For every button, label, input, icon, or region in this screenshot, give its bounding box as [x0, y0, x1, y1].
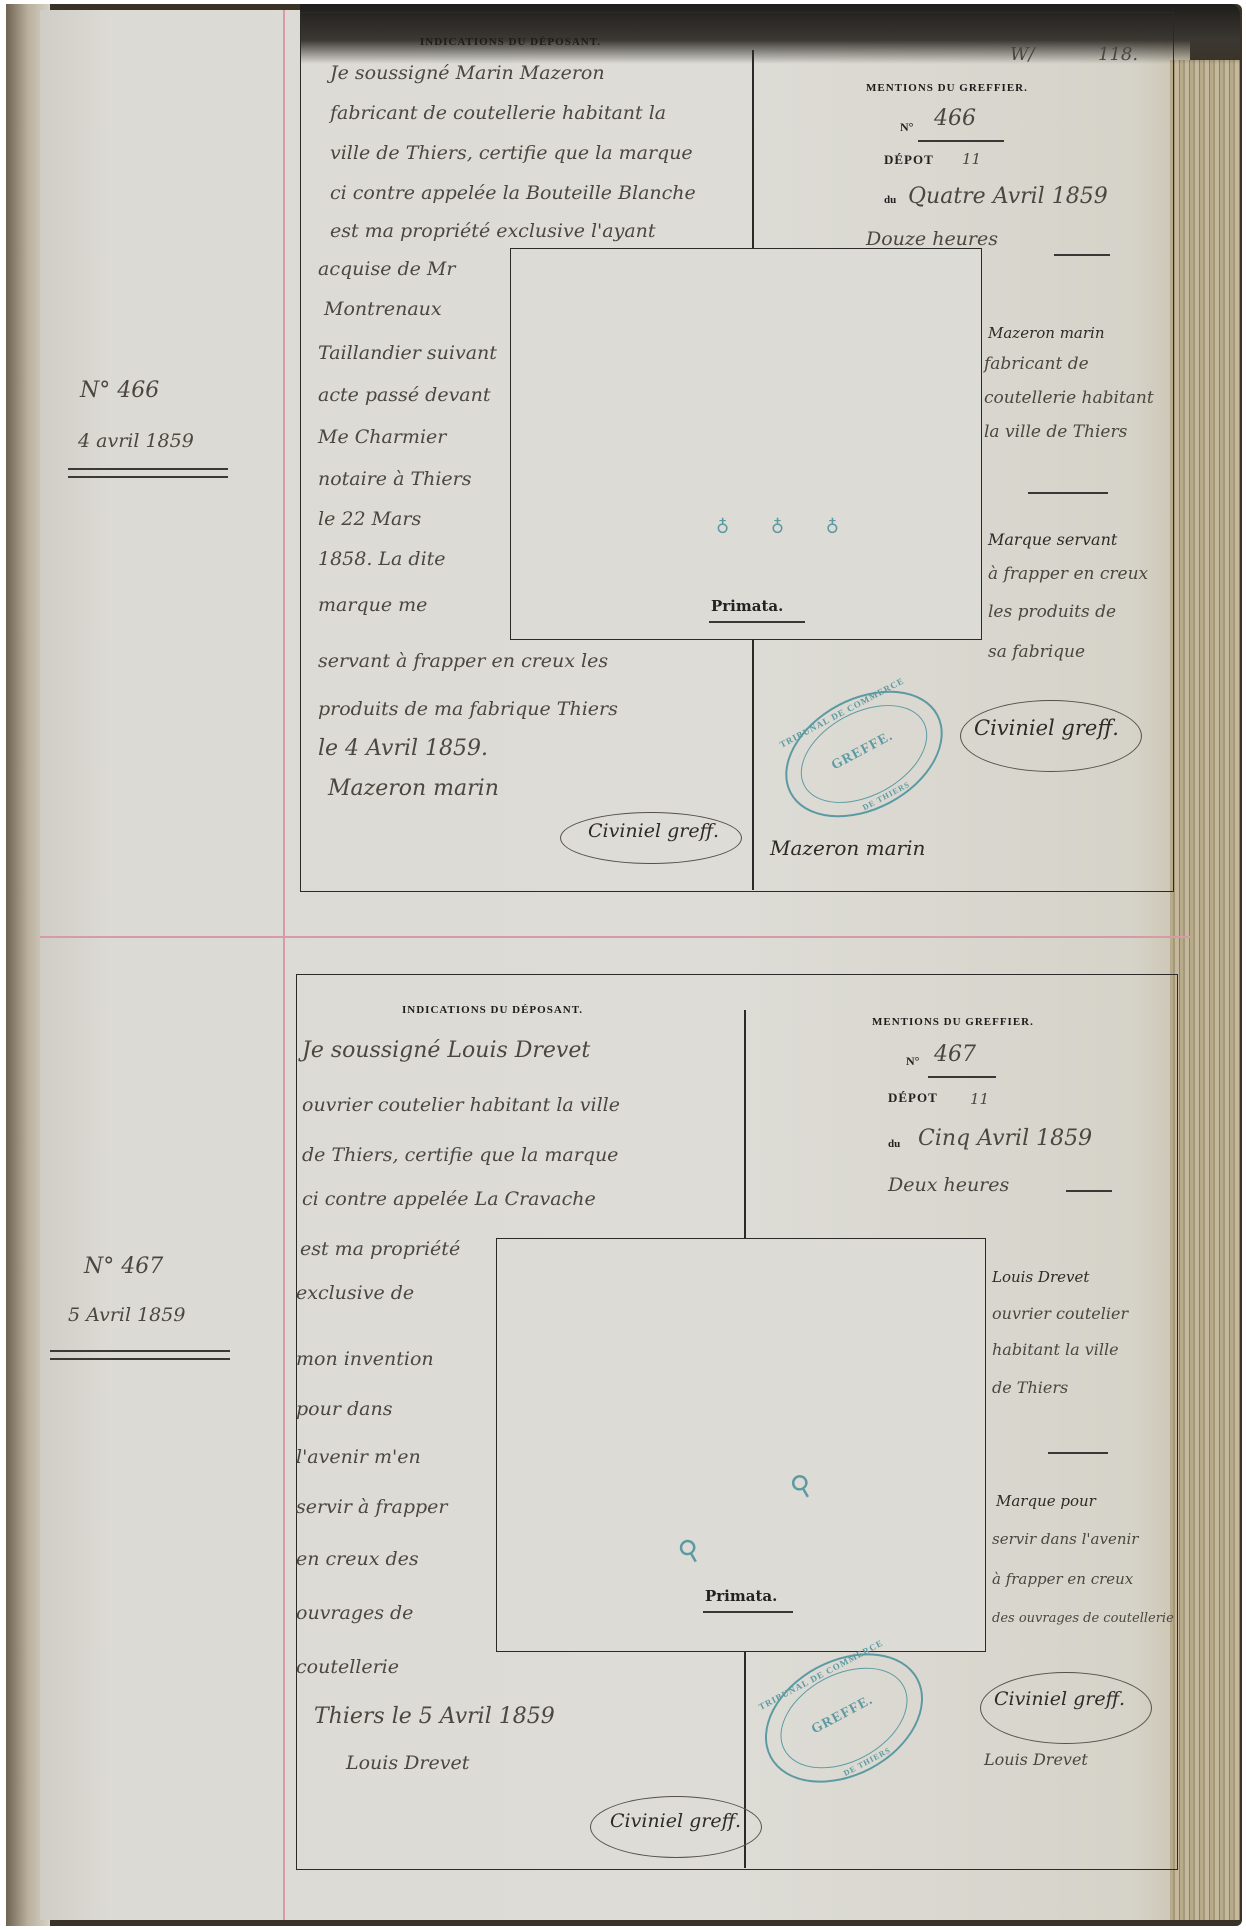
registrar-text-line: de Thiers [992, 1380, 1068, 1396]
registrar-mark-line: Marque servant [988, 532, 1117, 548]
deposit-date: Cinq Avril 1859 [918, 1128, 1092, 1150]
margin-double-rule [68, 468, 228, 478]
depositor-heading: Indications du déposant. [420, 36, 601, 48]
text-line: ci contre appelée La Cravache [302, 1190, 596, 1209]
registrar-signature: Civiniel greff. [974, 718, 1119, 739]
number-label: N° [900, 120, 913, 135]
text-line: acquise de Mr [318, 260, 455, 279]
mark-label: Primata. [711, 597, 783, 615]
time-rule [1066, 1190, 1112, 1192]
deposit-value: 11 [970, 1092, 989, 1107]
text-line: Thiers le 5 Avril 1859 [314, 1706, 555, 1728]
margin-double-rule [50, 1350, 230, 1360]
margin-line-vertical [283, 10, 285, 1920]
text-line: acte passé devant [318, 386, 491, 405]
page-edges [1170, 60, 1240, 1920]
registrar-text-line: fabricant de [984, 356, 1089, 373]
mark-label-underline [709, 621, 805, 623]
registrar-depositor-name: Louis Drevet [992, 1270, 1089, 1285]
text-line: Je soussigné Louis Drevet [302, 1040, 590, 1062]
text-line: mon invention [296, 1350, 434, 1369]
registrar-mark-line: à frapper en creux [992, 1572, 1133, 1587]
registrar-mark-line: Marque pour [996, 1494, 1096, 1509]
text-line: de Thiers, certifie que la marque [302, 1146, 618, 1165]
registrar-separator [1048, 1452, 1108, 1454]
registrar-mark-line: des ouvrages de coutellerie [992, 1612, 1174, 1625]
deposit-number: 466 [934, 108, 976, 130]
text-line: en creux des [296, 1550, 419, 1569]
text-line: l'avenir m'en [296, 1448, 421, 1467]
depositor-signature: Mazeron marin [328, 778, 499, 800]
margin-line-horizontal [40, 936, 1190, 938]
registrar-mark-line: à frapper en creux [988, 566, 1148, 583]
number-label: N° [906, 1054, 919, 1069]
text-line: le 4 Avril 1859. [318, 738, 488, 760]
text-line: exclusive de [296, 1284, 414, 1303]
text-line: coutellerie [296, 1658, 399, 1677]
registrar-mark-line: les produits de [988, 604, 1116, 621]
text-line: pour dans [296, 1400, 392, 1419]
registrar-text-line: la ville de Thiers [984, 424, 1127, 441]
text-line: Montrenaux [324, 300, 442, 319]
deposit-label: DÉPOT [888, 1090, 938, 1106]
text-line: fabricant de coutellerie habitant la [330, 104, 666, 123]
registrar-signature: Civiniel greff. [588, 822, 719, 841]
registrar-separator [1028, 492, 1108, 494]
registrar-heading: Mentions du greffier. [872, 1016, 1034, 1028]
trademark-box: ♁ ♁ ♁ Primata. [510, 248, 982, 640]
registrar-mark-line: servir dans l'avenir [992, 1532, 1138, 1547]
text-line: ci contre appelée la Bouteille Blanche [330, 184, 696, 203]
registrar-depositor-name: Mazeron marin [988, 326, 1105, 341]
mark-label-underline [703, 1611, 793, 1613]
registrar-text-line: coutellerie habitant [984, 390, 1154, 407]
text-line: marque me [318, 596, 427, 615]
text-line: est ma propriété exclusive l'ayant [330, 222, 656, 241]
registrar-heading: Mentions du greffier. [866, 82, 1028, 94]
text-line: produits de ma fabrique Thiers [318, 700, 618, 719]
depositor-countersignature: Louis Drevet [984, 1752, 1088, 1768]
text-line: ouvrier coutelier habitant la ville [302, 1096, 620, 1115]
number-underline [918, 140, 1004, 142]
text-line: ville de Thiers, certifie que la marque [330, 144, 693, 163]
depositor-heading: Indications du déposant. [402, 1004, 583, 1016]
text-line: notaire à Thiers [318, 470, 472, 489]
registrar-text-line: habitant la ville [992, 1342, 1119, 1358]
registrar-signature: Civiniel greff. [994, 1690, 1125, 1709]
text-line: servir à frapper [296, 1498, 447, 1517]
number-underline [928, 1076, 996, 1078]
depositor-signature: Louis Drevet [346, 1754, 469, 1773]
trademark-whip-icon: ⚲ ⚲ [672, 1441, 862, 1570]
deposit-label: DÉPOT [884, 152, 934, 168]
text-line: 1858. La dite [318, 550, 446, 569]
margin-note-date: 5 Avril 1859 [68, 1306, 185, 1325]
mark-label: Primata. [705, 1587, 777, 1605]
deposit-time: Deux heures [888, 1176, 1009, 1195]
deposit-number: 467 [934, 1044, 976, 1066]
trademark-bottle-icon: ♁ ♁ ♁ [716, 517, 857, 538]
text-line: le 22 Mars [318, 510, 421, 529]
margin-note-date: 4 avril 1859 [78, 432, 194, 451]
margin-note-number: N° 467 [84, 1256, 163, 1278]
text-line: Taillandier suivant [318, 344, 497, 363]
depositor-countersignature: Mazeron marin [770, 838, 925, 858]
text-line: est ma propriété [300, 1240, 460, 1259]
text-line: Je soussigné Marin Mazeron [330, 64, 605, 83]
text-line: servant à frapper en creux les [318, 652, 608, 671]
deposit-value: 11 [962, 152, 981, 167]
registrar-mark-line: sa fabrique [988, 644, 1085, 661]
text-line: Me Charmier [318, 428, 446, 447]
deposit-date: Quatre Avril 1859 [908, 186, 1108, 208]
date-label: du [888, 1138, 900, 1150]
time-rule [1054, 254, 1110, 256]
registrar-signature: Civiniel greff. [610, 1812, 741, 1831]
registrar-text-line: ouvrier coutelier [992, 1306, 1128, 1322]
trademark-box: ⚲ ⚲ Primata. [496, 1238, 986, 1652]
margin-note-number: N° 466 [80, 380, 159, 402]
deposit-time: Douze heures [866, 230, 998, 249]
text-line: ouvrages de [296, 1604, 413, 1623]
date-label: du [884, 194, 896, 206]
